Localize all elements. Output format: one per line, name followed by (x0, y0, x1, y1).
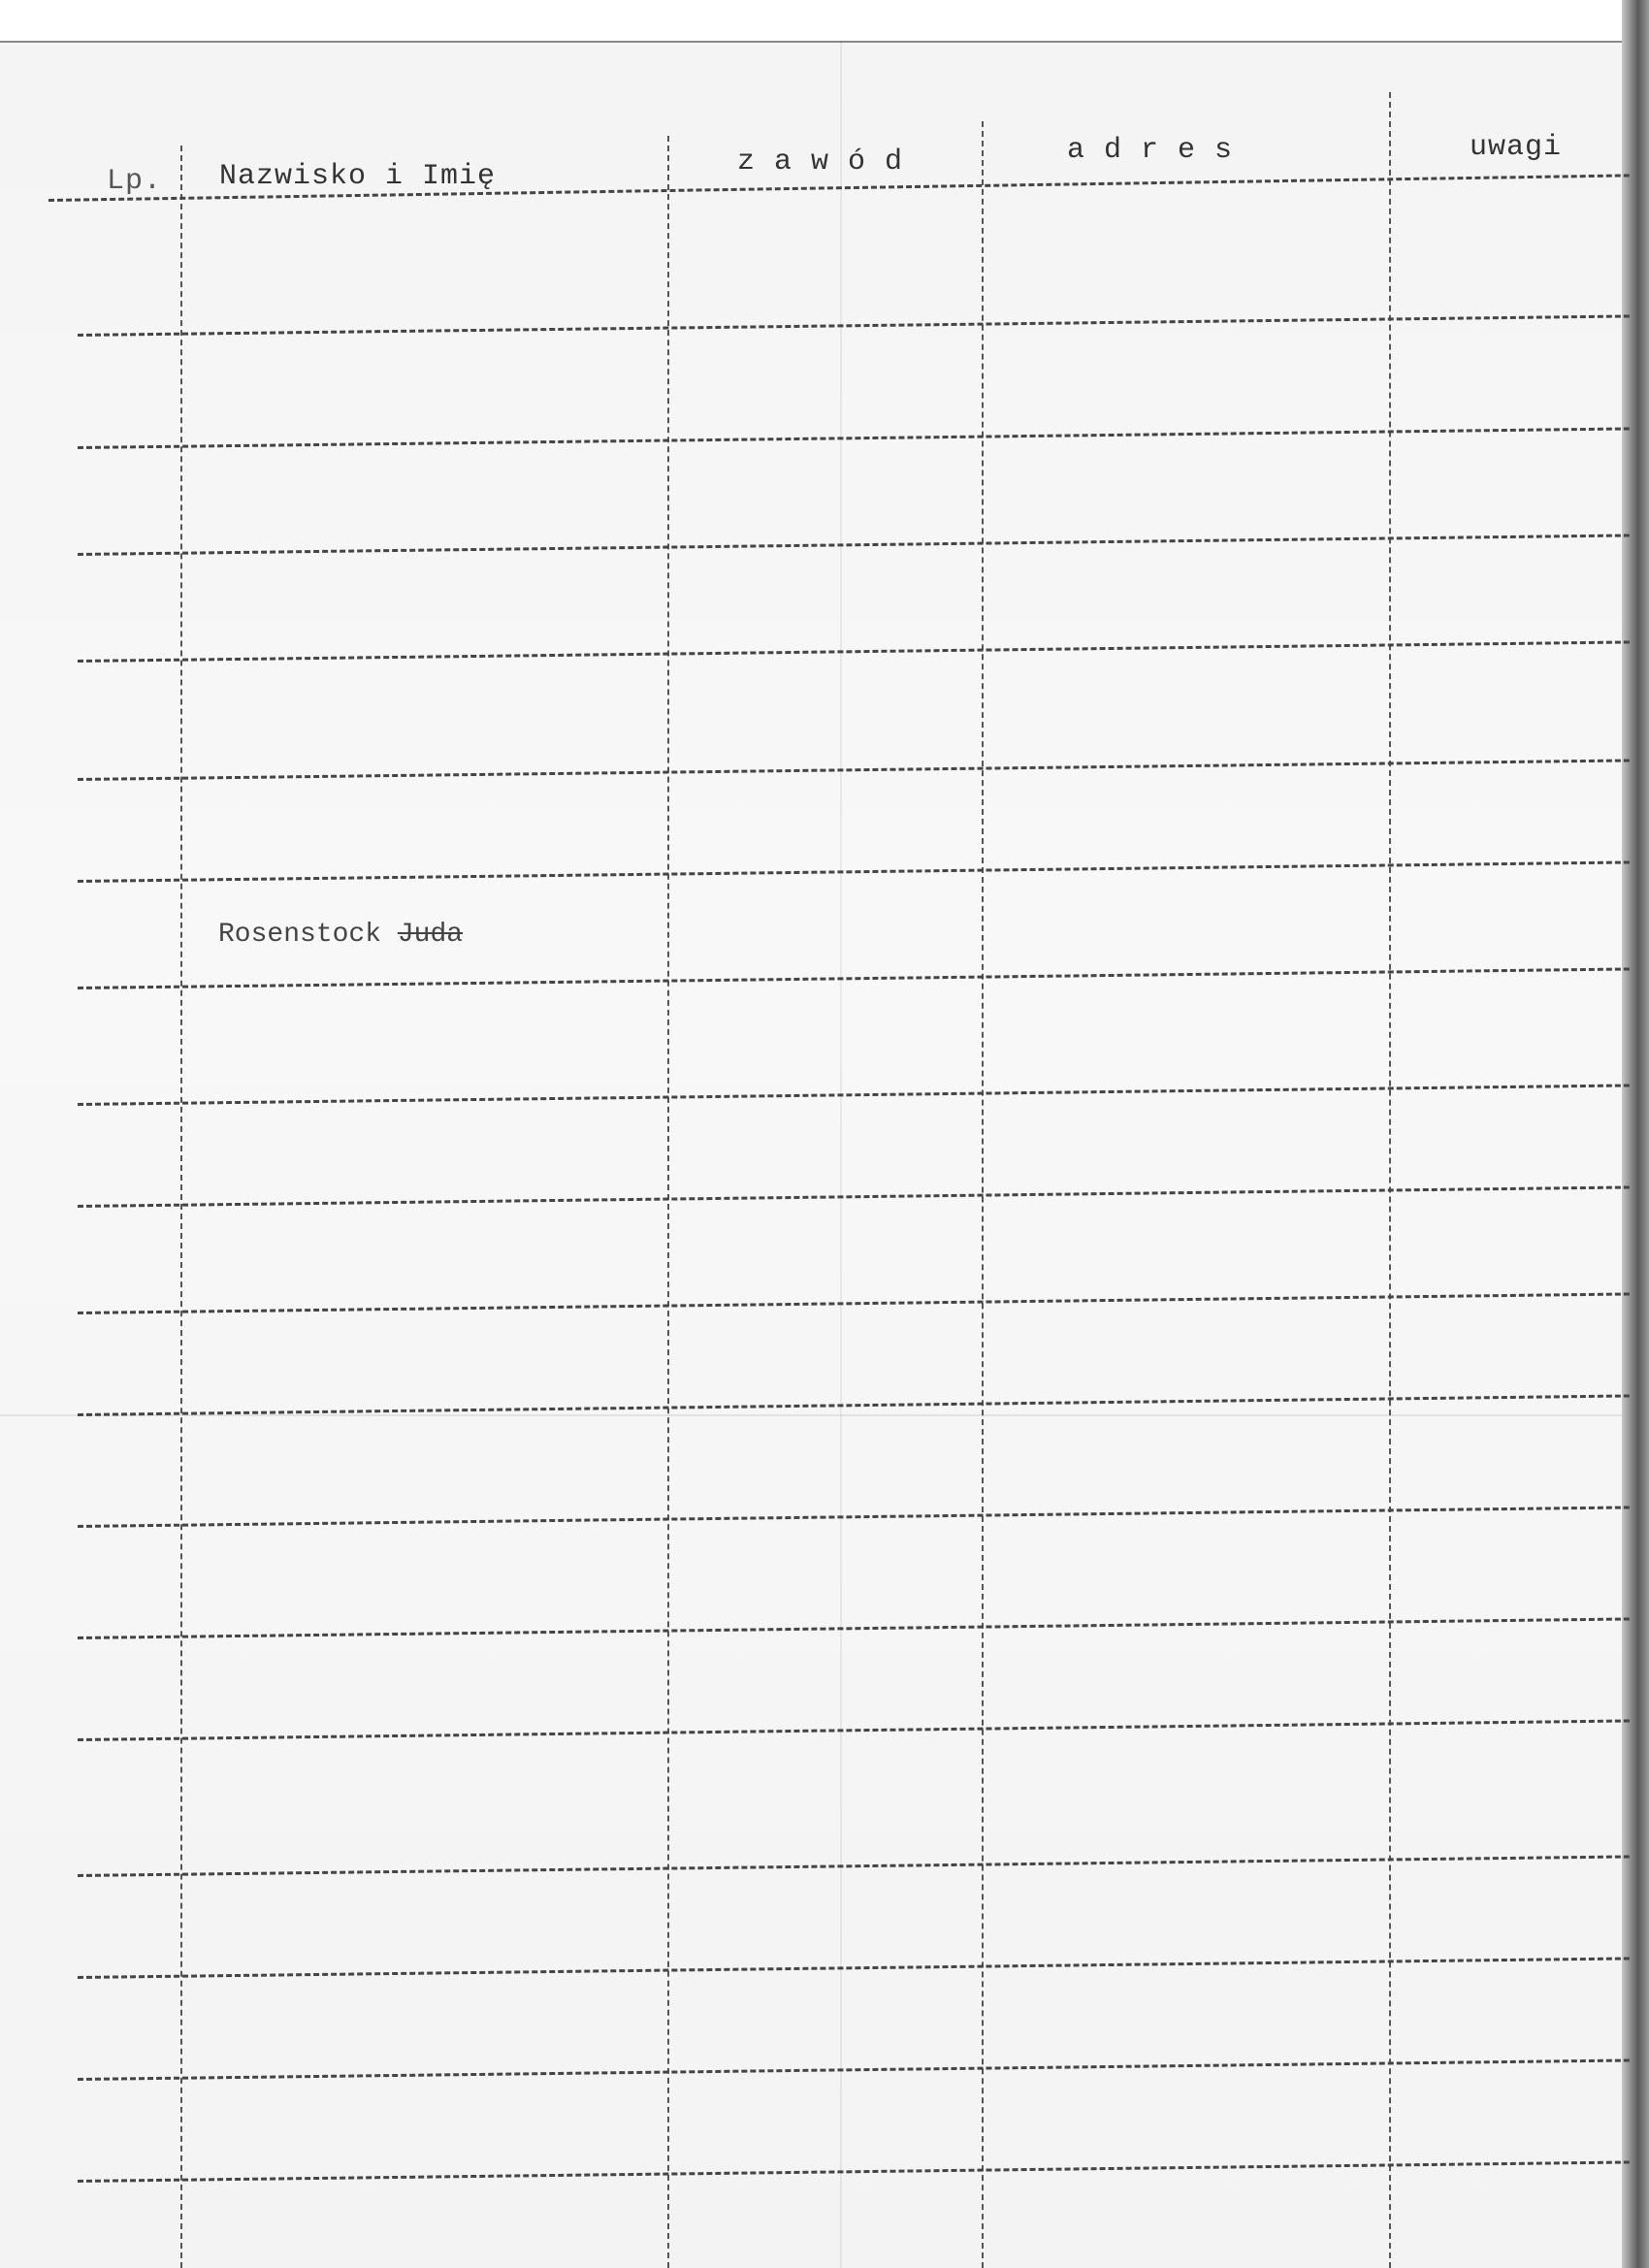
column-divider-remarks (1389, 92, 1391, 2268)
header-name: Nazwisko i Imię (219, 160, 496, 193)
paper-edge-shadow (1622, 0, 1649, 2268)
paper-fold-vertical (840, 41, 842, 2268)
person-name: Rosenstock Juda (218, 919, 463, 952)
column-divider-lp (180, 146, 182, 2268)
header-lp: Lp. (107, 165, 162, 198)
paper-sheet (0, 41, 1630, 2268)
header-occupation: z a w ó d (737, 146, 903, 178)
header-remarks: uwagi (1470, 131, 1562, 164)
paper-fold-horizontal (0, 1414, 1630, 1416)
surname: Rosenstock (218, 920, 398, 950)
crossed-out-name: Juda (398, 920, 463, 950)
header-address: a d r e s (1067, 134, 1233, 167)
column-divider-occupation (667, 136, 669, 2268)
